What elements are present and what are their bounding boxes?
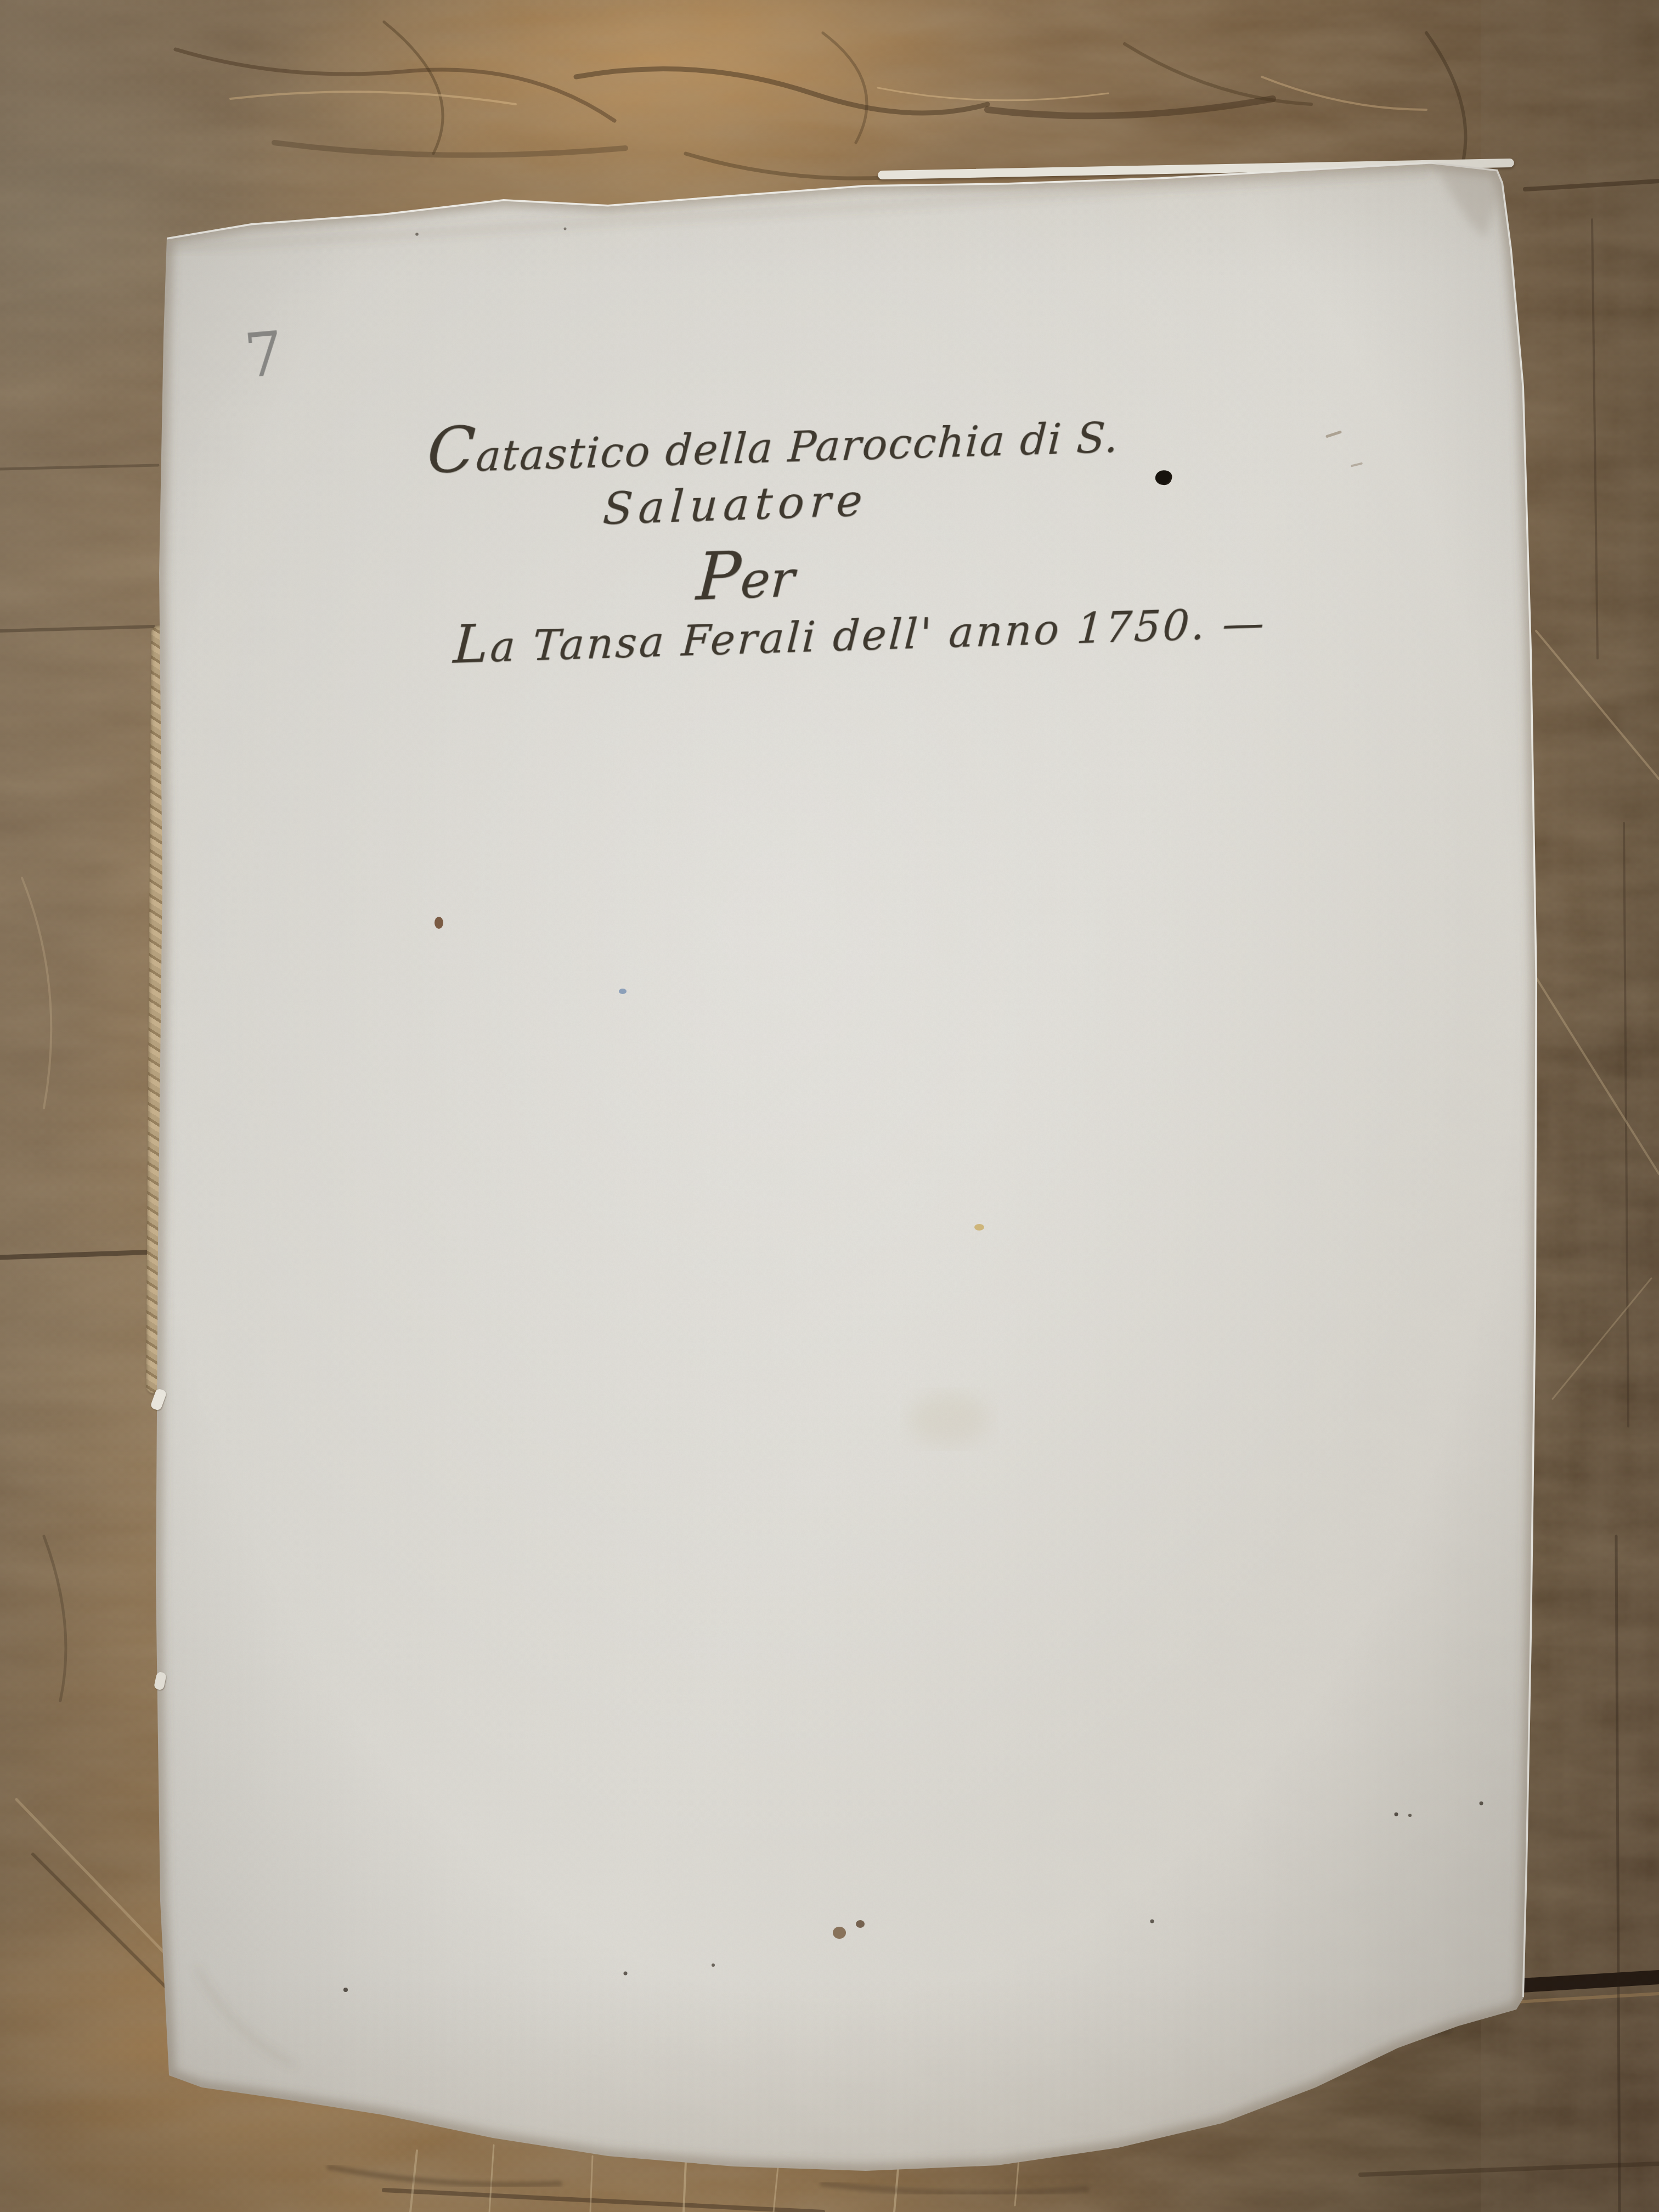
photo-of-manuscript-on-table: 7 Catastico della Parocchia di S. Saluat… [0, 0, 1659, 2212]
manuscript-cover: 7 Catastico della Parocchia di S. Saluat… [153, 156, 1541, 2181]
faint-ink-mark [1351, 462, 1363, 467]
page-number: 7 [242, 318, 286, 392]
handwritten-title-line-4: La Tansa Ferali dell' anno 1750. — [452, 590, 1267, 676]
ink-blot [1154, 469, 1173, 487]
handwritten-title-line-2: Saluatore [575, 474, 896, 535]
corner-fold [1431, 162, 1503, 239]
handwritten-title-line-1: Catastico della Parocchia di S. [425, 392, 1164, 487]
faint-ink-mark [1325, 430, 1342, 438]
